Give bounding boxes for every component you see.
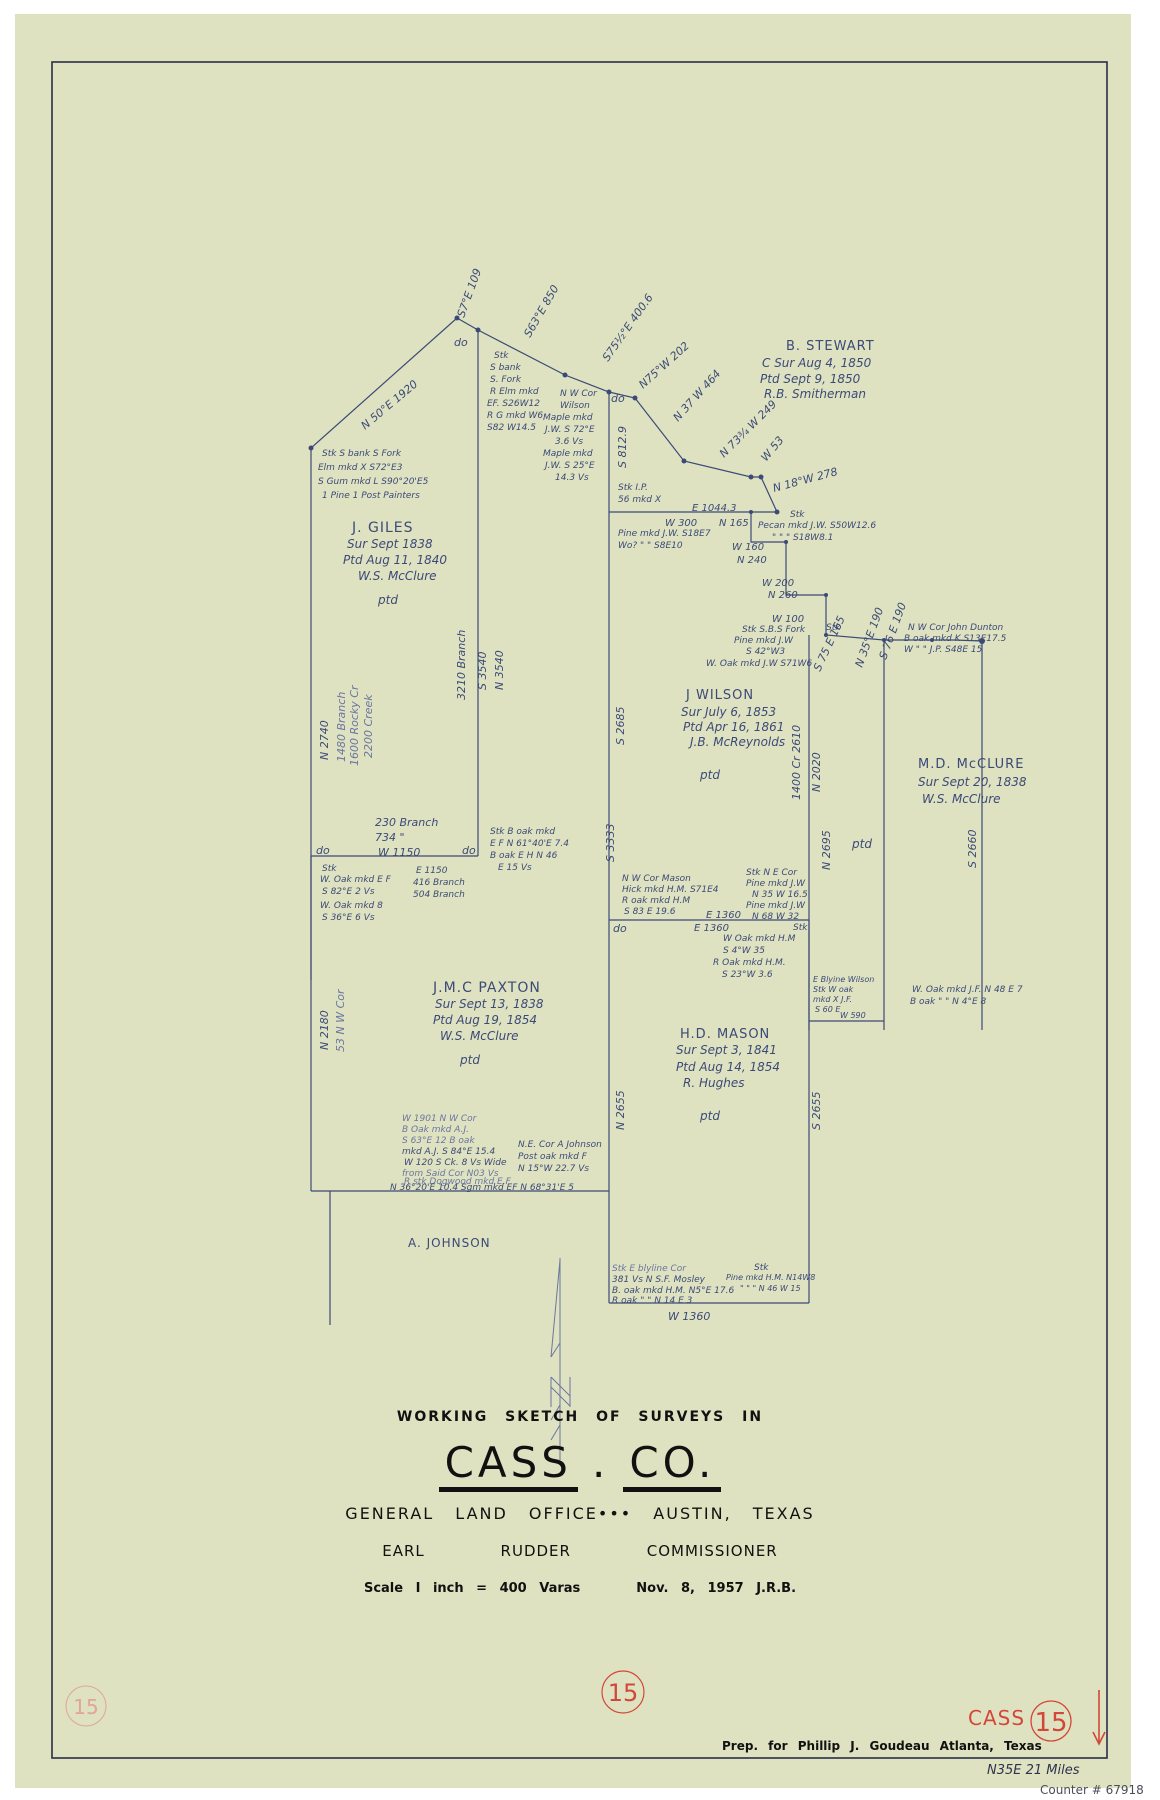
dunton-note: B oak mkd K S13E17.5	[904, 634, 1007, 644]
survey-name-johnson: A. JOHNSON	[408, 1236, 491, 1250]
commissioner-line: EARL RUDDER COMMISSIONER	[0, 1542, 1160, 1560]
paxton-corner-note: W. Oak mkd 8	[320, 901, 383, 911]
call-n2740: N 2740	[318, 720, 331, 760]
mason-se-note: R oak " " N 14 E 3	[612, 1296, 693, 1306]
call-230-branch: 230 Branch	[375, 816, 438, 829]
survey-name-stewart: B. STEWART	[786, 339, 875, 354]
commissioner-title: COMMISSIONER	[647, 1542, 778, 1560]
wilson-corner-note: 14.3 Vs	[555, 473, 589, 483]
do-label: do	[454, 336, 468, 349]
sbs-fork-note: W. Oak mkd J.W S71W6	[706, 659, 812, 669]
ne-cor-johnson-note: N.E. Cor A Johnson	[518, 1140, 602, 1150]
scale-text: Scale I inch = 400 Varas	[364, 1581, 580, 1596]
paxton-corner-note: E 1150	[416, 866, 448, 876]
counter-number: Counter # 67918	[1040, 1783, 1144, 1797]
pecan-note: " " " S18W8.1	[772, 533, 833, 543]
call-n165: N 165	[719, 518, 749, 529]
ne-cor-note: Stk N E Cor	[746, 868, 798, 878]
call-1600-rocky: 1600 Rocky Cr	[348, 684, 361, 766]
pecan-note: Pecan mkd J.W. S50W12.6	[758, 521, 876, 531]
sbs-fork-note: Stk	[826, 623, 841, 633]
call-3210-branch: 3210 Branch	[455, 630, 468, 700]
scale-line: Scale I inch = 400 VarasNov. 8, 1957 J.R…	[0, 1581, 1160, 1596]
call-s2685: S 2685	[614, 707, 627, 745]
call-s812: S 812.9	[616, 426, 629, 468]
call-n50e: N 50°E 1920	[359, 378, 421, 433]
call-2200-creek: 2200 Creek	[362, 694, 375, 758]
giles-corner-note: S Gum mkd L S90°20'E5	[318, 477, 429, 487]
stamp-county: CASS	[968, 1706, 1025, 1730]
dunton-note: W " " J.P. S48E 15	[904, 645, 983, 655]
w-oak-note: W. Oak mkd J.F. N 48 E 7	[912, 985, 1023, 995]
call-w1360: W 1360	[668, 1310, 710, 1323]
ne-cor-note: N 35 W 16.5	[752, 890, 808, 900]
call-53-nw: 53 N W Cor	[334, 988, 347, 1052]
call-w160: W 160	[732, 542, 764, 553]
giles-corner-note: Stk S bank S Fork	[322, 449, 402, 459]
county-suffix: CO.	[623, 1438, 721, 1492]
mason-nw-note: Hick mkd H.M. S71E4	[622, 885, 719, 895]
paxton-surveyor: W.S. McClure	[440, 1029, 519, 1043]
call-s63e: S63°E 850	[521, 283, 561, 340]
survey-name-mcclure: M.D. McCLURE	[918, 757, 1024, 772]
mason-ne-note: R Oak mkd H.M.	[713, 958, 786, 968]
mason-se-note: Pine mkd H.M. N14W8	[726, 1273, 815, 1282]
johnson-note: B Oak mkd A.J.	[402, 1125, 469, 1135]
mason-ne-note: S 23°W 3.6	[722, 970, 773, 980]
title-line: WORKING SKETCH OF SURVEYS IN	[0, 1409, 1160, 1425]
do-label: do	[462, 844, 476, 857]
wilson-survey-date: Sur July 6, 1853	[681, 705, 776, 719]
date-initials: Nov. 8, 1957 J.R.B.	[636, 1581, 796, 1596]
call-n2020: N 2020	[810, 752, 823, 792]
giles-patent-date: Ptd Aug 11, 1840	[343, 553, 447, 567]
call-n37w: N 37 W 464	[671, 367, 724, 424]
bur-oak-note: E F N 61°40'E 7.4	[490, 839, 569, 849]
wilson-corner-note: J.W. S 25°E	[543, 461, 595, 471]
call-w53: W 53	[758, 434, 786, 464]
call-1400-cr: 1400 Cr 2610	[790, 725, 803, 800]
ne-cor-note: Pine mkd J.W	[746, 879, 806, 889]
survey-name-mason: H.D. MASON	[680, 1027, 770, 1042]
survey-name-wilson: J WILSON	[685, 688, 754, 703]
call-n2695: N 2695	[820, 830, 833, 870]
wilson-corner-note: J.W. S 72°E	[543, 425, 595, 435]
mason-se-note: Stk	[754, 1263, 769, 1273]
wilson-e-note: S 60 E	[815, 1005, 841, 1014]
wilson-corner-note: Maple mkd	[543, 413, 593, 423]
paxton-corner-note: W. Oak mkd E F	[320, 875, 392, 885]
call-w590: W 590	[840, 1011, 866, 1020]
south-bank-note: EF. S26W12	[487, 399, 540, 409]
mason-patent-date: Ptd Aug 14, 1854	[676, 1060, 780, 1074]
wilson-patent-date: Ptd Apr 16, 1861	[683, 720, 784, 734]
dunton-note: N W Cor John Dunton	[908, 623, 1004, 633]
paxton-corner-note: 416 Branch	[413, 878, 465, 888]
ne-cor-note: Pine mkd J.W	[746, 901, 806, 911]
mason-se-note: " " " N 46 W 15	[740, 1284, 801, 1293]
wilson-e-note: mkd X J.F.	[813, 995, 852, 1004]
paxton-status: ptd	[459, 1053, 480, 1067]
mason-status: ptd	[699, 1109, 720, 1123]
call-n260: N 260	[768, 590, 798, 601]
survey-sketch: J. GILES Sur Sept 1838 Ptd Aug 11, 1840 …	[0, 0, 1160, 1800]
wilson-corner-note: 3.6 Vs	[555, 437, 583, 447]
mason-nw-note: R oak mkd H.M	[622, 896, 690, 906]
south-bank-note: R G mkd W6	[487, 411, 543, 421]
sketch-number-left: 15	[73, 1695, 98, 1719]
do-label: do	[611, 392, 625, 405]
call-n3540: N 3540	[493, 650, 506, 690]
johnson-note: W 1901 N W Cor	[402, 1114, 478, 1124]
wilson-corner-note: Wilson	[560, 401, 590, 411]
mason-se-note: Stk E blyline Cor	[612, 1264, 687, 1274]
ne-cor-johnson-note: Post oak mkd F	[518, 1152, 588, 1162]
south-bank-note: Stk	[494, 351, 509, 361]
county-name: CASS	[439, 1438, 578, 1492]
ne-cor-johnson-note: N 15°W 22.7 Vs	[518, 1164, 589, 1174]
call-w300: W 300	[665, 518, 697, 529]
call-w100: W 100	[772, 614, 804, 625]
wilson-corner-note: N W Cor	[560, 389, 598, 399]
paxton-survey-date: Sur Sept 13, 1838	[435, 997, 544, 1011]
commissioner-name: EARL RUDDER	[382, 1542, 571, 1560]
mason-survey-date: Sur Sept 3, 1841	[676, 1043, 777, 1057]
paxton-patent-date: Ptd Aug 19, 1854	[433, 1013, 537, 1027]
call-n2180: N 2180	[318, 1010, 331, 1050]
stewart-patent-date: Ptd Sept 9, 1850	[760, 372, 861, 386]
call-s2655: S 2655	[810, 1092, 823, 1130]
call-n75w: N75°W 202	[636, 339, 692, 391]
bur-oak-note: B oak E H N 46	[490, 851, 558, 861]
call-e1360: E 1360	[706, 910, 741, 921]
mason-nw-note: N W Cor Mason	[622, 874, 691, 884]
mcclure-surveyor: W.S. McClure	[922, 792, 1001, 806]
south-bank-note: S. Fork	[490, 375, 522, 385]
wilson-e-note: Stk W oak	[813, 985, 854, 994]
giles-corner-note: 1 Pine 1 Post Painters	[322, 491, 420, 501]
call-1480-branch: 1480 Branch	[335, 692, 348, 762]
call-n18w: N 18°W 278	[771, 465, 839, 495]
south-bank-note: S82 W14.5	[487, 423, 536, 433]
w-oak-note: B oak " " N 4°E 8	[910, 997, 986, 1007]
north-arrow-icon	[551, 1258, 570, 1460]
ip-note: Stk I.P.	[618, 483, 648, 493]
paxton-corner-note: S 36°E 6 Vs	[322, 913, 375, 923]
call-n240: N 240	[737, 555, 767, 566]
johnson-note: S 63°E 12 B oak	[402, 1136, 475, 1146]
call-s7e: S7°E 109	[455, 267, 485, 319]
sketch-number-center: 15	[608, 1679, 639, 1707]
county-title: CASS.CO.	[0, 1438, 1160, 1487]
prepared-for: Prep. for Phillip J. Goudeau Atlanta, Te…	[722, 1739, 1042, 1753]
mason-surveyor: R. Hughes	[683, 1076, 744, 1090]
call-w1150: W 1150	[378, 846, 420, 859]
pine-note: Wo? " " S8E10	[618, 541, 683, 551]
mason-se-note: B. oak mkd H.M. N5°E 17.6	[612, 1286, 734, 1296]
giles-surveyor: W.S. McClure	[358, 569, 437, 583]
call-s3333: S 3333	[604, 824, 617, 862]
stamp-number: 15	[1034, 1708, 1067, 1738]
survey-name-paxton: J.M.C PAXTON	[432, 980, 541, 996]
mason-ne-note: Stk	[793, 923, 808, 933]
mcclure-status: ptd	[851, 837, 872, 851]
paxton-corner-note: Stk	[322, 864, 337, 874]
mcclure-survey-date: Sur Sept 20, 1838	[918, 775, 1027, 789]
pine-note: Pine mkd J.W. S18E7	[618, 529, 711, 539]
call-s75e: S75½°E 400.6	[600, 291, 656, 363]
ip-note: 56 mkd X	[618, 495, 662, 505]
mason-ne-note: W Oak mkd H.M	[723, 934, 796, 944]
stewart-survey-date: C Sur Aug 4, 1850	[762, 356, 872, 370]
mason-nw-note: S 83 E 19.6	[624, 907, 676, 917]
johnson-note: N 36°20'E 10.4 Sgm mkd EF N 68°31'E 5	[390, 1183, 574, 1193]
survey-name-giles: J. GILES	[351, 520, 414, 536]
wilson-corner-note: Maple mkd	[543, 449, 593, 459]
mason-ne-note: S 4°W 35	[723, 946, 765, 956]
south-bank-note: S bank	[490, 363, 522, 373]
ne-cor-note: N 68 W 32	[752, 912, 799, 922]
sbs-fork-note: S 42°W3	[746, 647, 785, 657]
direction-note: N35E 21 Miles	[987, 1763, 1080, 1778]
sbs-fork-note: Stk S.B.S Fork	[742, 625, 806, 635]
down-arrow-icon	[1093, 1690, 1105, 1744]
call-n2655: N 2655	[614, 1090, 627, 1130]
giles-survey-date: Sur Sept 1838	[347, 537, 433, 551]
stewart-surveyor: R.B. Smitherman	[764, 387, 866, 401]
johnson-note: mkd A.J. S 84°E 15.4	[402, 1147, 495, 1157]
call-734: 734 "	[375, 831, 405, 844]
pecan-note: Stk	[790, 510, 805, 520]
wilson-surveyor: J.B. McReynolds	[688, 735, 785, 749]
paxton-corner-note: S 82°E 2 Vs	[322, 887, 375, 897]
paxton-corner-note: 504 Branch	[413, 890, 465, 900]
bur-oak-note: E 15 Vs	[498, 863, 532, 873]
sbs-fork-note: Pine mkd J.W	[734, 636, 794, 646]
title-dot: .	[592, 1438, 609, 1487]
do-label: do	[316, 844, 330, 857]
call-s2660: S 2660	[966, 830, 979, 868]
call-e1044: E 1044.3	[692, 503, 737, 514]
giles-status: ptd	[377, 593, 398, 607]
south-bank-note: R Elm mkd	[490, 387, 539, 397]
mason-se-note: 381 Vs N S.F. Mosley	[612, 1275, 706, 1285]
johnson-note: W 120 S Ck. 8 Vs Wide	[404, 1158, 507, 1168]
office-line: GENERAL LAND OFFICE••• AUSTIN, TEXAS	[0, 1504, 1160, 1523]
do-label: do	[613, 922, 627, 935]
wilson-e-note: E Blyine Wilson	[813, 975, 874, 984]
giles-corner-note: Elm mkd X S72°E3	[318, 463, 403, 473]
bur-oak-note: Stk B oak mkd	[490, 827, 555, 837]
wilson-status: ptd	[699, 768, 720, 782]
call-s3540: S 3540	[476, 652, 489, 690]
call-w200: W 200	[762, 578, 794, 589]
call-e1360-2: E 1360	[694, 923, 729, 934]
